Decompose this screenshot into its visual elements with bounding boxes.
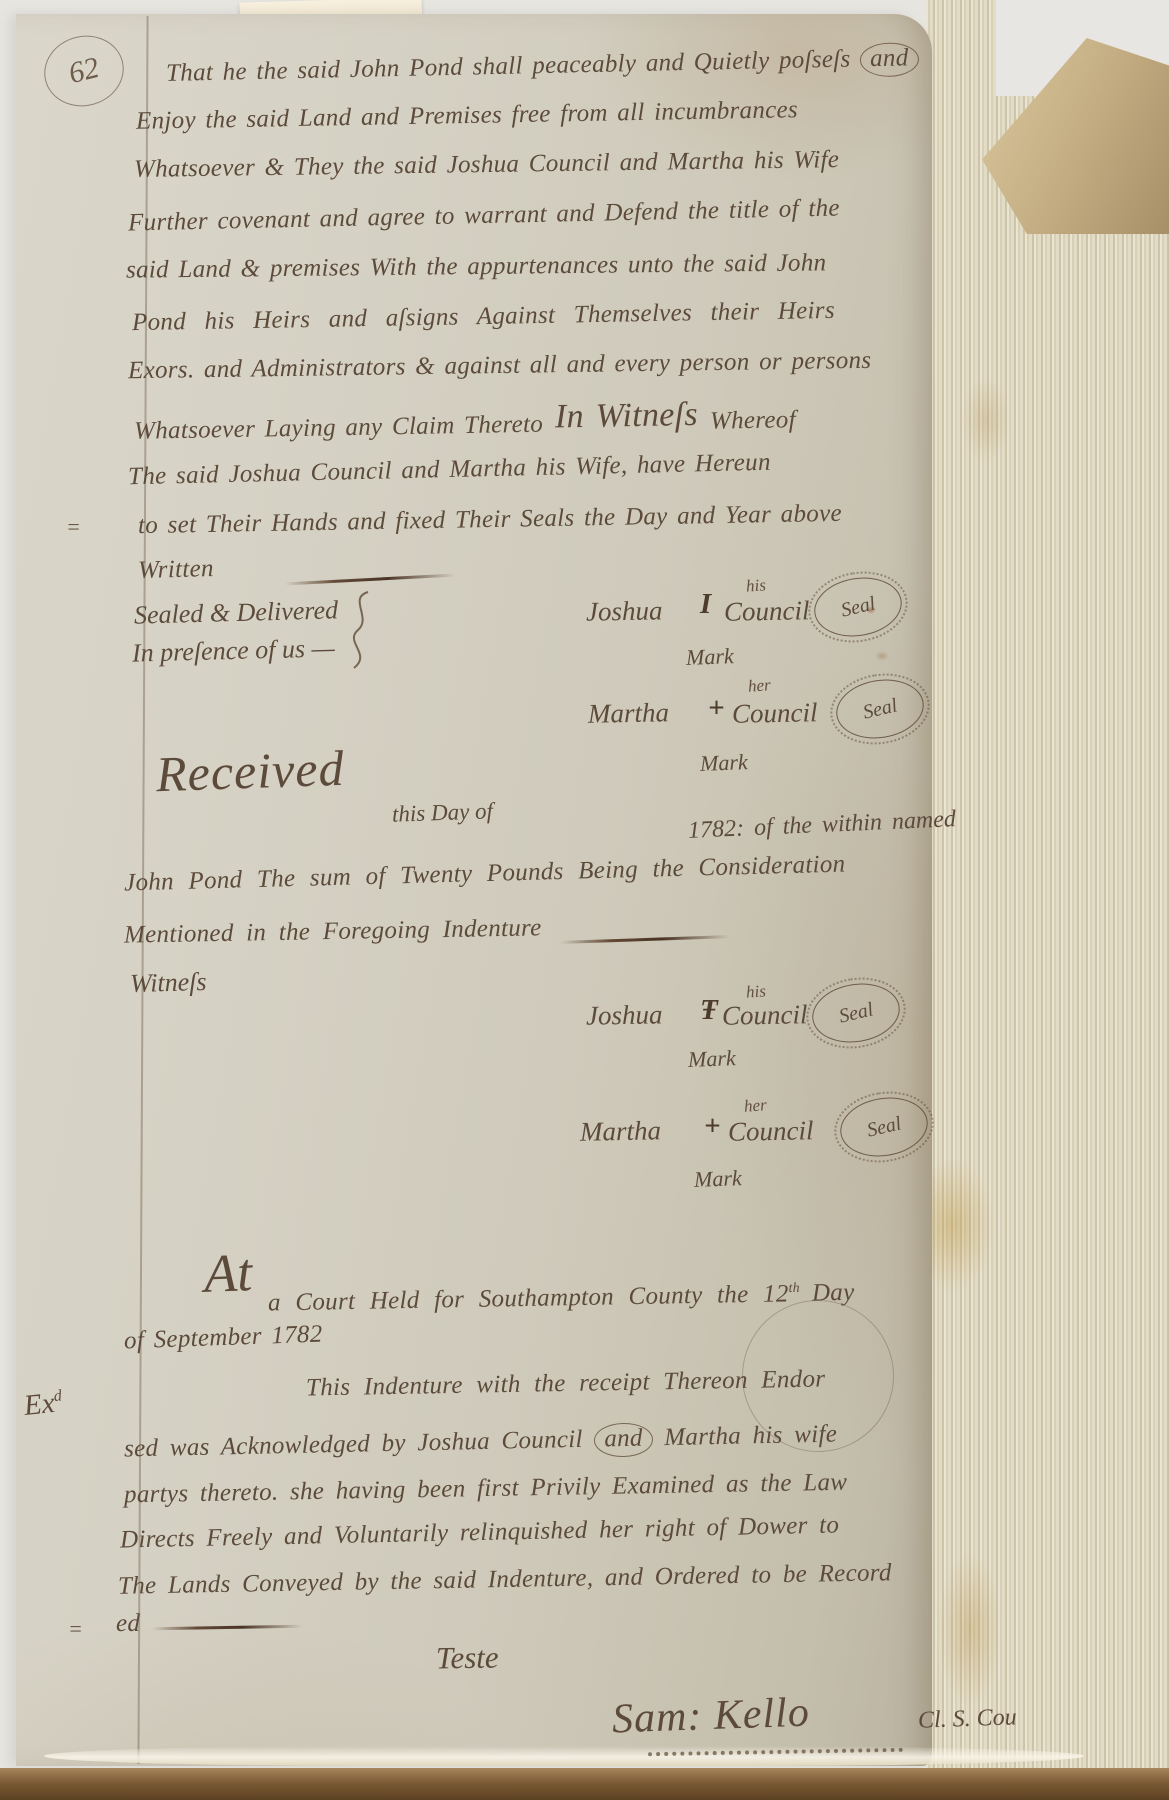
attestation-line-2: In preſence of us — [132,633,335,668]
brace-flourish-icon [338,588,378,672]
circled-word: and [860,42,919,77]
receipt-heading-rest: this Day of [392,798,494,828]
table-surface [0,1768,1169,1800]
deed-book-photo: 62 = Exd = That he the said John Pond sh… [0,0,1169,1800]
page-number: 62 [65,51,102,91]
in-witness-phrase: In Witneſs [555,396,699,435]
signature-joshua-last: Council [724,595,810,627]
receipt-witness: Witneſs [130,967,207,999]
martha-mark-glyph: + [704,1110,721,1143]
signature-martha-last: Council [728,1115,814,1147]
court-at-capital: At [203,1241,253,1305]
signature-joshua-first: Joshua [586,999,663,1031]
martha-mark-label: Mark [700,749,749,777]
martha-mark-label: Mark [694,1165,743,1193]
joshua-mark-glyph: I [700,588,711,621]
court-line-8: ed [116,1610,140,1638]
clerk-signature: Sam: Kello [611,1689,810,1744]
attestation-line-1: Sealed & Delivered [134,595,339,630]
signature-joshua-first: Joshua [586,595,663,627]
receipt-heading: Received [155,739,345,804]
signature-pre-his: his [745,575,766,596]
deed-line-11: Written [138,555,214,585]
insertion-mark: = [68,1616,83,1642]
clerk-title: Cl. S. Cou [918,1704,1018,1734]
court-teste: Teste [436,1639,499,1676]
signature-pre-her: her [747,675,771,697]
margin-note-exd: Exd [22,1386,64,1423]
book-fore-edge-pages [926,0,1169,1776]
joshua-mark-label: Mark [688,1045,737,1073]
joshua-mark-glyph: Ŧ [700,994,718,1027]
signature-martha-first: Martha [588,697,670,729]
insertion-mark: = [66,514,81,540]
joshua-mark-label: Mark [686,643,735,671]
martha-mark-glyph: + [708,692,725,725]
signature-joshua-last: Council [722,999,808,1031]
page-bottom-edge [44,1746,1084,1766]
signature-martha-last: Council [732,697,818,729]
signature-pre-her: her [743,1095,767,1117]
signature-martha-first: Martha [580,1115,662,1147]
circled-word: and [594,1422,653,1457]
